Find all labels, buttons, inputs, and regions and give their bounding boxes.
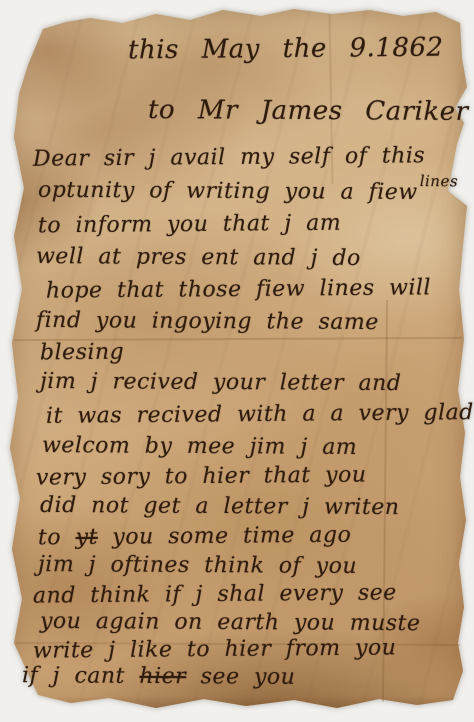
handwriting-text: see you	[186, 664, 295, 690]
handwriting-text: to	[38, 525, 76, 550]
letter-line-8: find you ingoying the same	[36, 310, 379, 334]
handwriting-text: jim j recived your letter and	[40, 369, 402, 396]
struck-word: hier	[139, 664, 186, 689]
letter-line-3: Dear sir j avail my self of this	[33, 145, 425, 170]
letter-line-4: optunity of writing you a fiewlines	[38, 180, 458, 205]
letter-line-13: very sory to hier that you	[36, 465, 367, 490]
handwriting-text: you some time ago	[98, 523, 352, 550]
handwriting-text: find you ingoying the same	[36, 308, 379, 335]
struck-word: yt	[75, 525, 97, 550]
letter-line-7: hope that those fiew lines will	[46, 277, 431, 302]
letter-line-12: welcom by mee jim j am	[42, 435, 357, 459]
letter-line-6: well at pres ent and j do	[36, 246, 361, 270]
handwriting-text: did not get a letter j writen	[40, 493, 400, 520]
letter-paper: this May the 9.1862to Mr James CarikerDe…	[0, 0, 474, 722]
letter-body: this May the 9.1862to Mr James CarikerDe…	[0, 0, 474, 722]
handwriting-text: this May the 9.1862	[128, 33, 444, 66]
letter-line-11: it was recived with a a very glad	[46, 402, 474, 428]
handwriting-text: write j like to hier from you	[33, 635, 397, 663]
letter-line-10: jim j recived your letter and	[40, 371, 402, 395]
handwriting-text: well at pres ent and j do	[36, 244, 361, 271]
handwriting-text: blesing	[40, 340, 124, 366]
superscript-word: lines	[420, 174, 458, 189]
handwriting-text: you again on earth you muste	[40, 609, 421, 636]
letter-line-14: did not get a letter j writen	[40, 495, 400, 519]
handwriting-text: to Mr James Cariker	[148, 95, 469, 127]
letter-line-18: you again on earth you muste	[40, 611, 421, 635]
handwriting-text: it was recived with a a very glad	[46, 400, 474, 429]
letter-line-5: to inform you that j am	[38, 213, 341, 238]
scan-background: { "document": { "kind": "scanned handwri…	[0, 0, 474, 722]
letter-line-19: write j like to hier from you	[33, 637, 397, 662]
letter-line-15: to yt you some time ago	[38, 525, 351, 550]
handwriting-text: very sory to hier that you	[36, 463, 367, 491]
handwriting-text: hope that those fiew lines will	[46, 275, 431, 303]
letter-line-1: this May the 9.1862	[128, 35, 444, 64]
letter-line-9: blesing	[40, 342, 124, 365]
handwriting-text: welcom by mee jim j am	[42, 433, 357, 460]
handwriting-text: Dear sir j avail my self of this	[33, 143, 425, 171]
handwriting-text: jim j oftines think of you	[38, 552, 357, 579]
letter-line-17: and think if j shal every see	[33, 582, 397, 607]
letter-scan: this May the 9.1862to Mr James CarikerDe…	[0, 0, 474, 722]
handwriting-text: to inform you that j am	[38, 211, 341, 239]
letter-line-20: if j cant hier see you	[22, 665, 295, 689]
handwriting-text: and think if j shal every see	[33, 580, 397, 608]
handwriting-text: optunity of writing you a fiew	[38, 178, 418, 205]
letter-line-2: to Mr James Cariker	[148, 97, 469, 125]
letter-line-16: jim j oftines think of you	[38, 554, 357, 578]
handwriting-text: if j cant	[22, 663, 140, 689]
